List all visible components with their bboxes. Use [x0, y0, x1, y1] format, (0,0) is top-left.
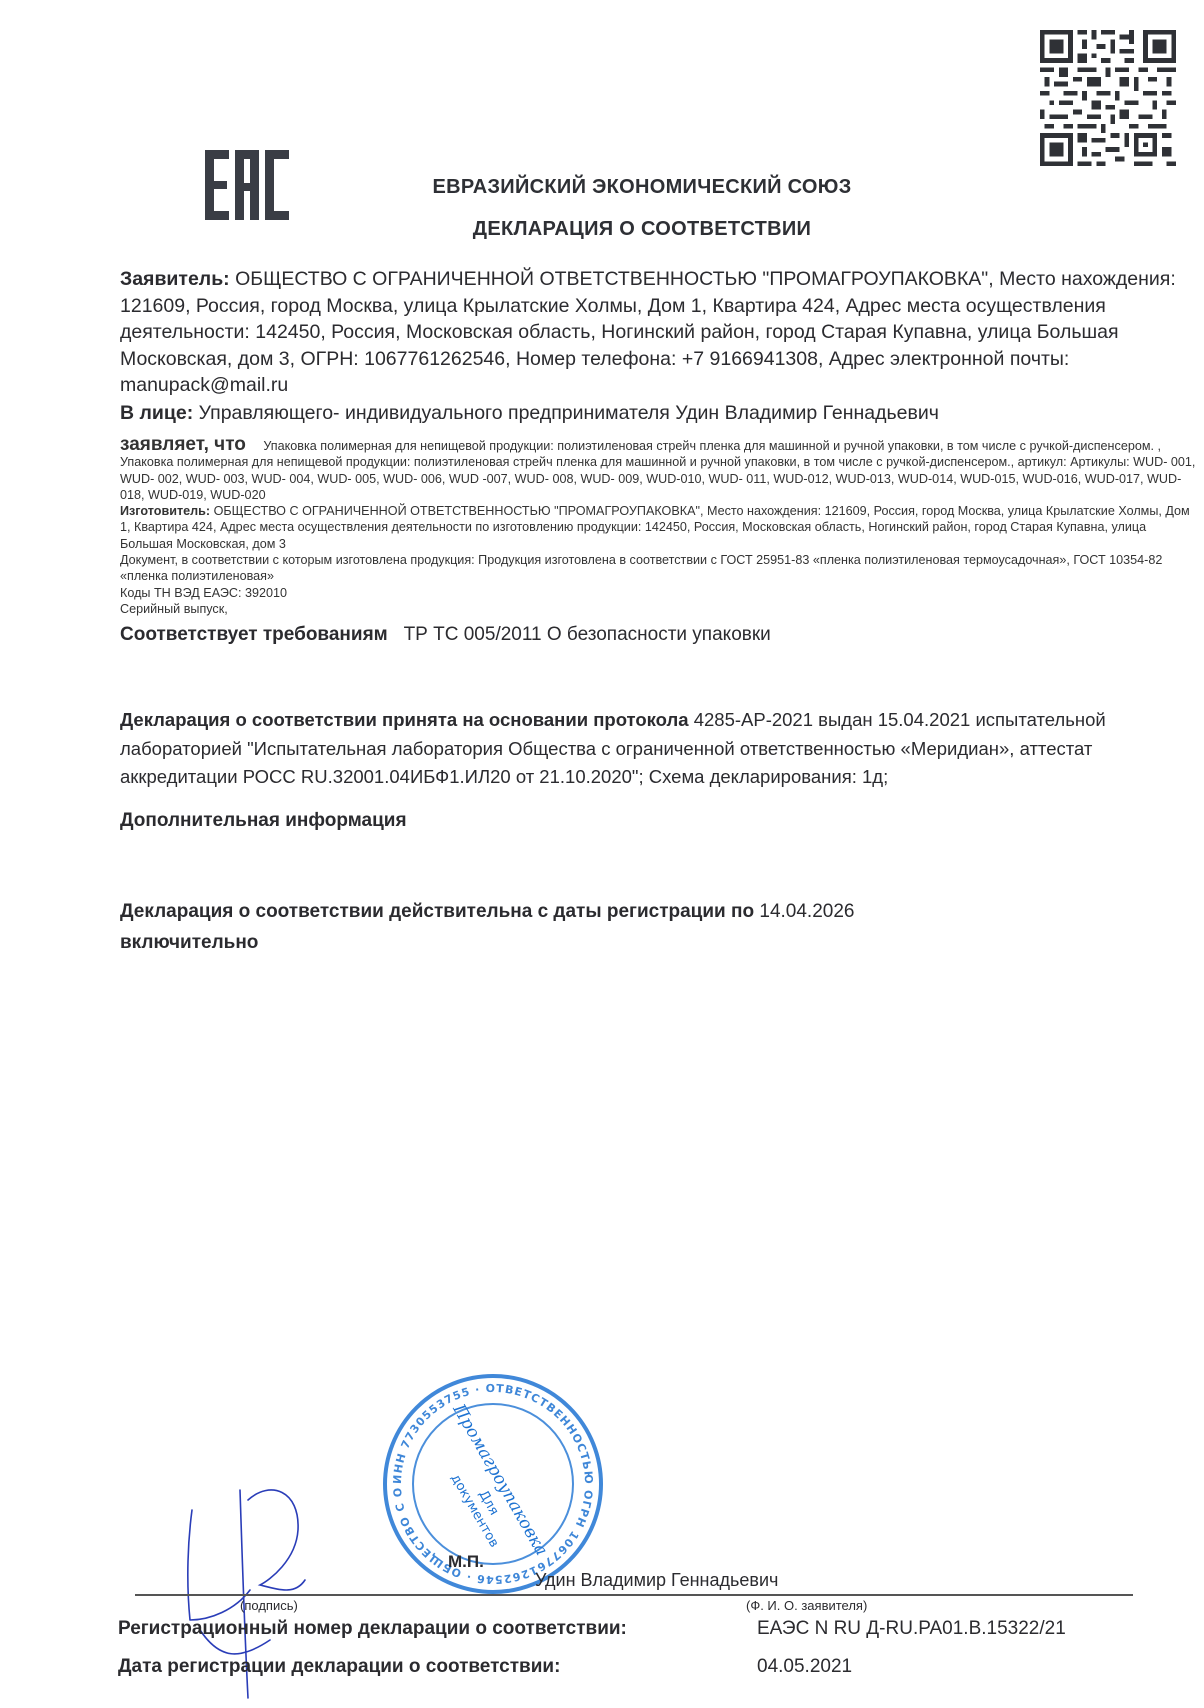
registration-date-label: Дата регистрации декларации о соответств…: [118, 1656, 560, 1678]
applicant-text: ОБЩЕСТВО С ОГРАНИЧЕННОЙ ОТВЕТСТВЕННОСТЬЮ…: [120, 268, 1176, 396]
signature-line: [135, 1594, 1133, 1596]
qr-code-icon: [1040, 30, 1176, 166]
name-caption: (Ф. И. О. заявителя): [746, 1598, 867, 1613]
applicant-label: Заявитель:: [120, 268, 230, 290]
compliance-label: Соответствует требованиям: [120, 624, 388, 645]
registration-date: 04.05.2021: [757, 1656, 852, 1678]
standards-document: Документ, в соответствии с которым изгот…: [120, 552, 1200, 585]
declaration-details: заявляет, что Упаковка полимерная для не…: [120, 437, 1200, 617]
applicant-section: Заявитель: ОБЩЕСТВО С ОГРАНИЧЕННОЙ ОТВЕТ…: [120, 266, 1200, 399]
registration-number-label: Регистрационный номер декларации о соотв…: [118, 1618, 627, 1640]
representative-label: В лице:: [120, 402, 193, 424]
protocol-label: Декларация о соответствии принята на осн…: [120, 709, 689, 730]
signer-name: Удин Владимир Геннадьевич: [535, 1570, 778, 1591]
company-stamp-icon: ИНН 7730553755 · ОТВЕТСТВЕННОСТЬЮ ОГРН 1…: [382, 1373, 604, 1595]
validity-section: Декларация о соответствии действительна …: [120, 896, 1200, 958]
registration-number: ЕАЭС N RU Д-RU.PA01.B.15322/21: [757, 1618, 1066, 1640]
manufacturer-label: Изготовитель:: [120, 504, 210, 518]
validity-suffix: включительно: [120, 932, 258, 953]
validity-date: 14.04.2026: [759, 901, 854, 922]
manufacturer-text: ОБЩЕСТВО С ОГРАНИЧЕННОЙ ОТВЕТСТВЕННОСТЬЮ…: [120, 504, 1190, 551]
declares-label: заявляет, что: [120, 434, 246, 455]
validity-label: Декларация о соответствии действительна …: [120, 901, 754, 922]
signature-caption: (подпись): [240, 1598, 298, 1613]
union-title: ЕВРАЗИЙСКИЙ ЭКОНОМИЧЕСКИЙ СОЮЗ: [0, 176, 1204, 199]
representative-text: Управляющего- индивидуального предприним…: [199, 402, 939, 424]
additional-info-heading: Дополнительная информация: [120, 810, 1200, 832]
stamp-place-label: М.П.: [448, 1552, 484, 1572]
document-title: ДЕКЛАРАЦИЯ О СООТВЕТСТВИИ: [0, 218, 1204, 241]
compliance-text: ТР ТС 005/2011 О безопасности упаковки: [404, 624, 771, 645]
representative-section: В лице: Управляющего- индивидуального пр…: [120, 400, 1200, 427]
product-description: Упаковка полимерная для непищевой продук…: [120, 439, 1195, 502]
customs-codes: Коды ТН ВЭД ЕАЭС: 392010: [120, 585, 1200, 601]
compliance-section: Соответствует требованиям ТР ТС 005/2011…: [120, 624, 1200, 646]
serial-production: Серийный выпуск,: [120, 601, 1200, 617]
protocol-section: Декларация о соответствии принята на осн…: [120, 706, 1200, 792]
